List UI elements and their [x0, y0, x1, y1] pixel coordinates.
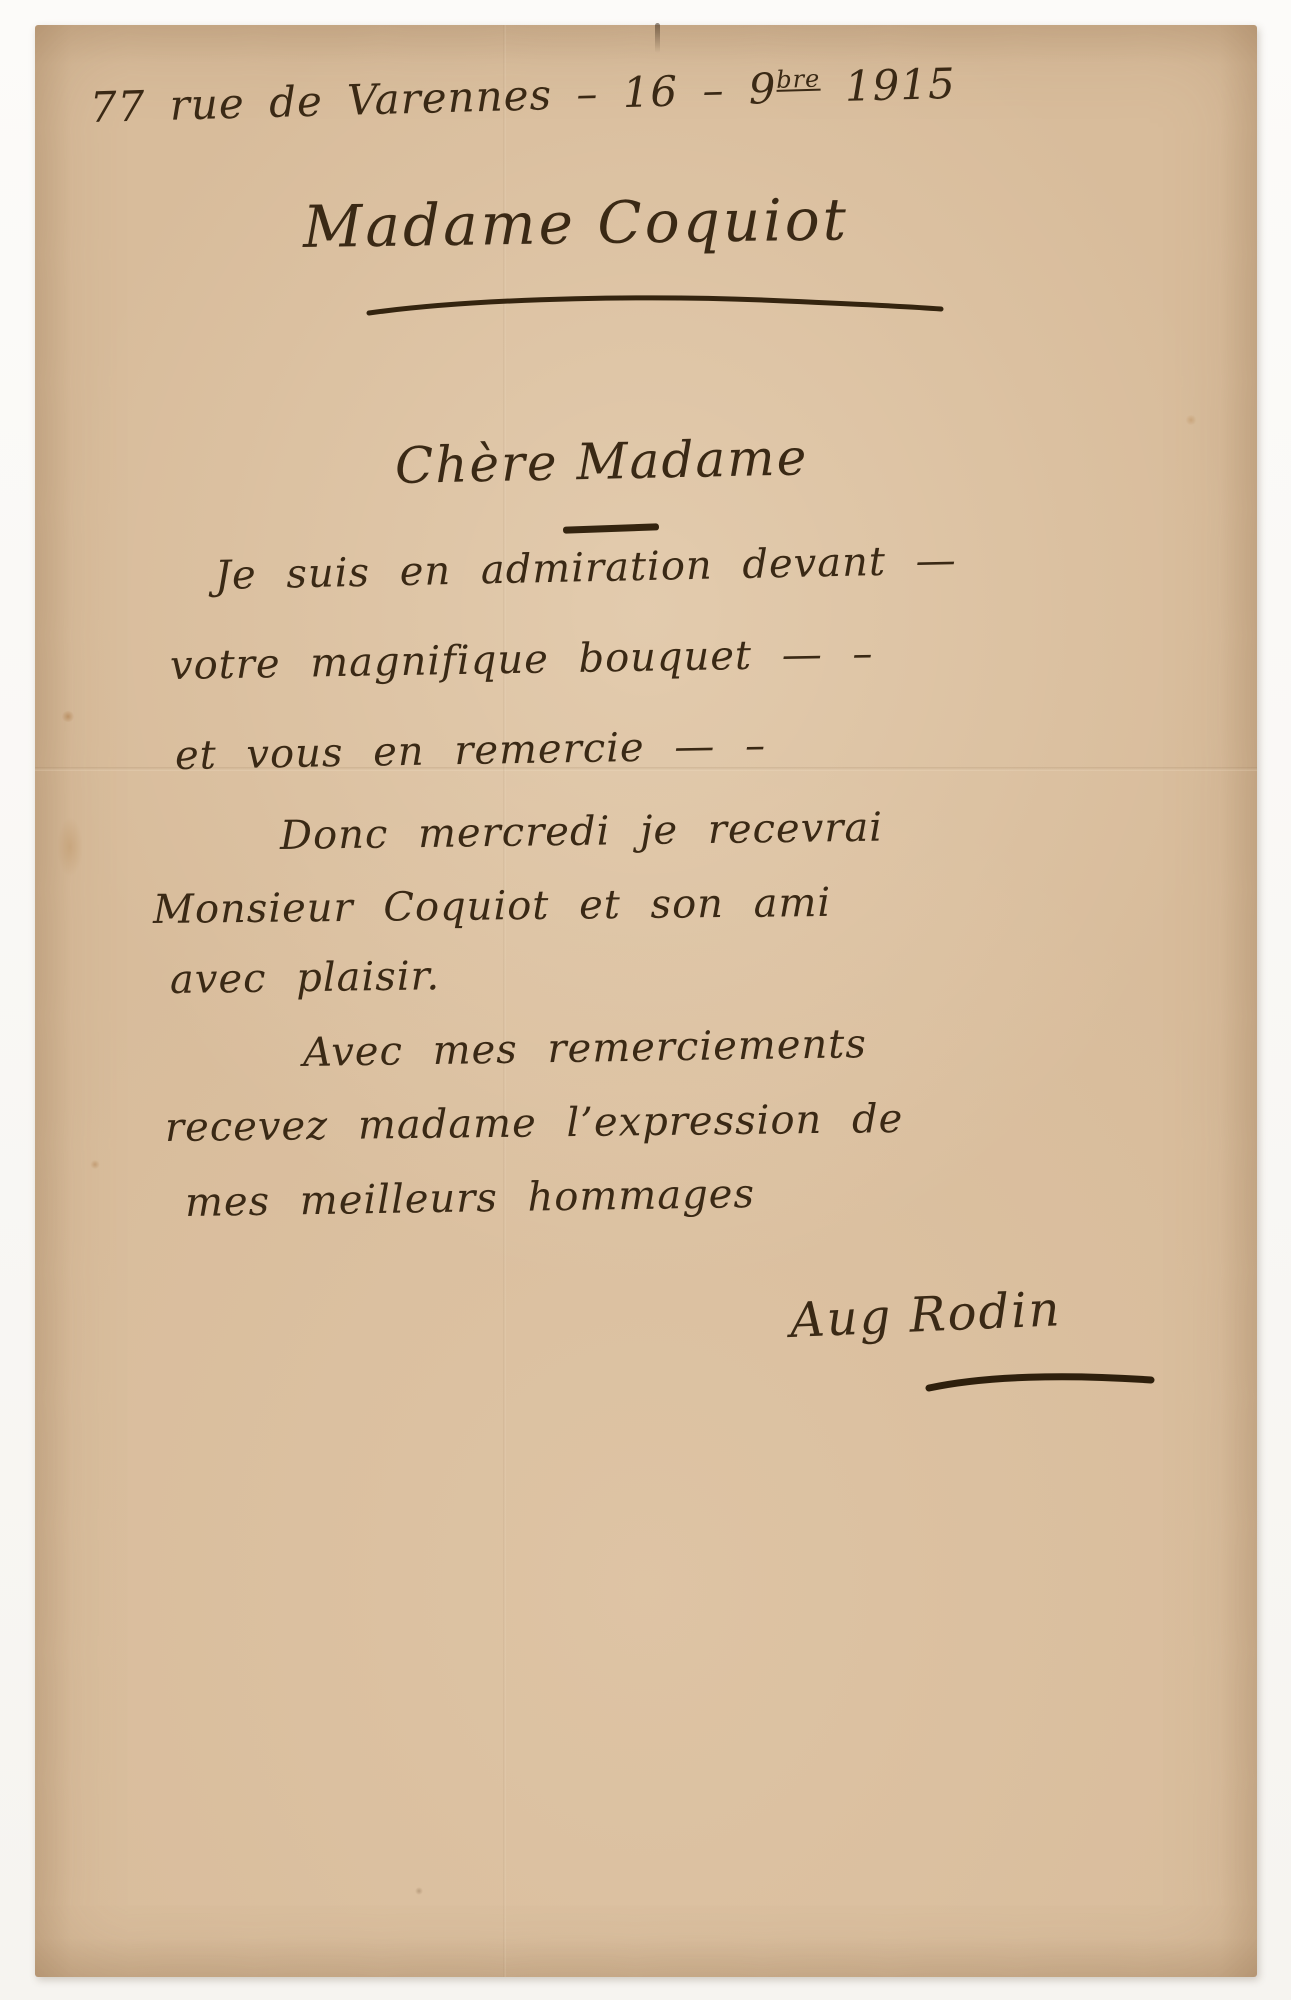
foxing-spot [1185, 415, 1197, 425]
date-text: 16 – 9 [622, 64, 777, 117]
letter-paper: 77 rue de Varennes – 16 – 9bre 1915 Mada… [35, 25, 1257, 1977]
date-year: 1915 [844, 59, 956, 111]
body-line: avec plaisir. [170, 953, 441, 1003]
body-line: votre magnifique bouquet — – [170, 631, 874, 689]
recipient-underline-flourish [365, 293, 945, 319]
body-line: recevez madame l’expression de [165, 1096, 904, 1151]
foxing-spot [61, 711, 75, 722]
foxing-spot [57, 817, 83, 877]
recipient-name: Madame Coquiot [303, 185, 850, 261]
signature-underline-flourish [925, 1370, 1155, 1394]
ink-smudge [655, 23, 660, 53]
address-text: 77 rue de Varennes – [89, 69, 599, 132]
foxing-spot [90, 1160, 100, 1169]
address-date-line: 77 rue de Varennes – 16 – 9bre 1915 [89, 59, 956, 132]
salutation: Chère Madame [394, 428, 808, 495]
body-line: mes meilleurs hommages [185, 1171, 756, 1226]
body-line: Donc mercredi je recevrai [280, 805, 884, 859]
foxing-spot [415, 1887, 423, 1895]
salutation-underline [563, 523, 659, 533]
body-line: Monsieur Coquiot et son ami [153, 880, 832, 933]
signature: Aug Rodin [789, 1281, 1063, 1349]
body-line: Avec mes remerciements [303, 1021, 867, 1076]
date-month-abbr: bre [776, 65, 821, 94]
body-line: Je suis en admiration devant — [215, 537, 958, 599]
letter-photograph: 77 rue de Varennes – 16 – 9bre 1915 Mada… [0, 0, 1291, 2000]
